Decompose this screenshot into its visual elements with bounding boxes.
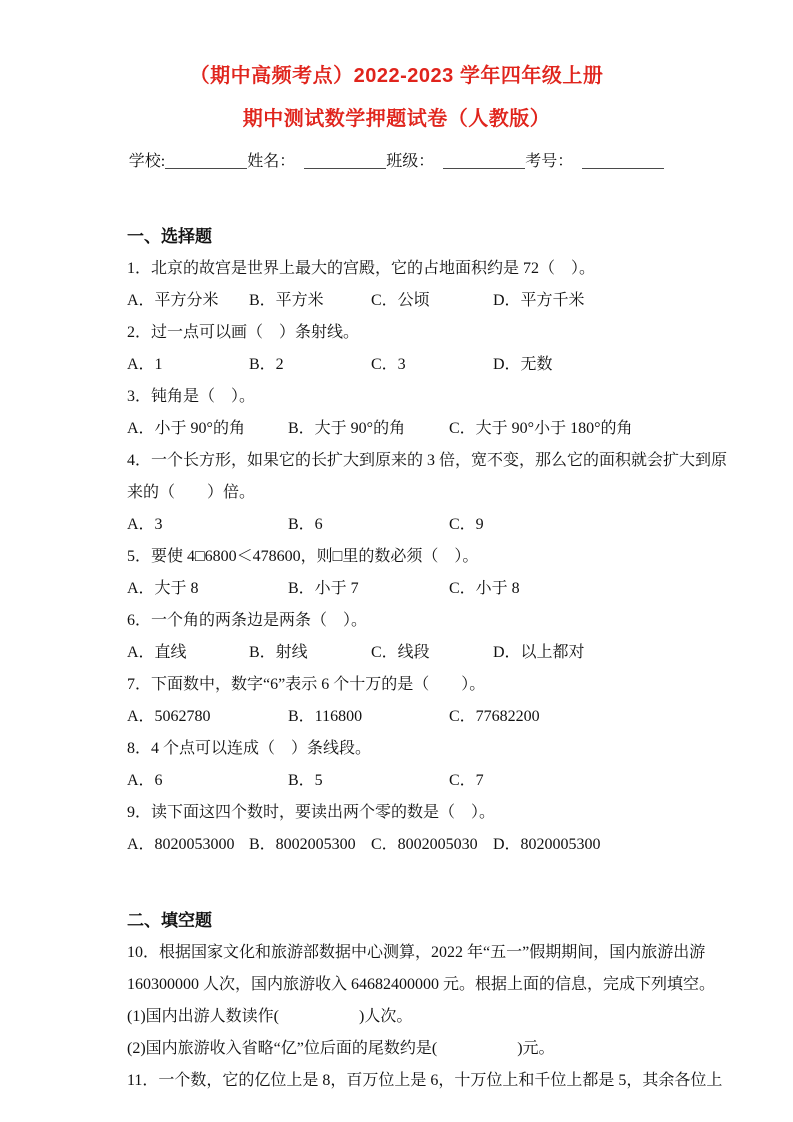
option: A．直线 [127, 637, 249, 669]
question-line: 4．一个长方形，如果它的长扩大到原来的 3 倍，宽不变，那么它的面积就会扩大到原 [127, 445, 693, 477]
question: 6．一个角的两条边是两条（ ）。A．直线B．射线C．线段D．以上都对 [127, 605, 693, 669]
school-label: 学校: [129, 153, 165, 170]
option: C．7 [449, 765, 484, 797]
option: D．无数 [493, 349, 553, 381]
paper-title-line1: （期中高频考点）2022-2023 学年四年级上册 [0, 60, 793, 92]
option: C．线段 [371, 637, 493, 669]
student-name-blank [304, 154, 386, 169]
paper-title-line2: 期中测试数学押题试卷（人教版） [0, 103, 793, 135]
option: C．3 [371, 349, 493, 381]
options-row: A．5062780B．116800C．77682200 [127, 701, 693, 733]
option: B．116800 [288, 701, 449, 733]
option: A．1 [127, 349, 249, 381]
option: A．3 [127, 509, 288, 541]
question: 3．钝角是（ ）。A．小于 90°的角B．大于 90°的角C．大于 90°小于 … [127, 381, 693, 445]
option: B．2 [249, 349, 371, 381]
option: C．8002005030 [371, 829, 493, 861]
option: B．平方米 [249, 285, 371, 317]
question: 10．根据国家文化和旅游部数据中心测算，2022 年“五一”假期期间，国内旅游出… [127, 937, 693, 1065]
options-row: A．大于 8B．小于 7C．小于 8 [127, 573, 693, 605]
question-line: 160300000 人次，国内旅游收入 64682400000 元。根据上面的信… [127, 969, 693, 1001]
option: B．大于 90°的角 [288, 413, 449, 445]
option: B．射线 [249, 637, 371, 669]
question-line: 6．一个角的两条边是两条（ ）。 [127, 605, 693, 637]
option: C．大于 90°小于 180°的角 [449, 413, 632, 445]
question-line: (2)国内旅游收入省略“亿”位后面的尾数约是( )元。 [127, 1033, 693, 1065]
options-row: A．3B．6C．9 [127, 509, 693, 541]
option: A．大于 8 [127, 573, 288, 605]
section-1: 一、选择题1．北京的故宫是世界上最大的宫殿，它的占地面积约是 72（ ）。A．平… [127, 221, 693, 861]
options-row: A．6B．5C．7 [127, 765, 693, 797]
class-blank [443, 154, 525, 169]
section-heading: 一、选择题 [127, 221, 693, 253]
question-line: 11．一个数，它的亿位上是 8，百万位上是 6，十万位上和千位上都是 5，其余各… [127, 1065, 693, 1097]
section-2: 二、填空题10．根据国家文化和旅游部数据中心测算，2022 年“五一”假期期间，… [127, 905, 693, 1097]
option: D．平方千米 [493, 285, 585, 317]
option: B．8002005300 [249, 829, 371, 861]
question-line: 7．下面数中，数字“6”表示 6 个十万的是（ ）。 [127, 669, 693, 701]
question: 4．一个长方形，如果它的长扩大到原来的 3 倍，宽不变，那么它的面积就会扩大到原… [127, 445, 693, 541]
question-line: 来的（ ）倍。 [127, 477, 693, 509]
question: 7．下面数中，数字“6”表示 6 个十万的是（ ）。A．5062780B．116… [127, 669, 693, 733]
question: 5．要使 4□6800＜478600，则□里的数必须（ ）。A．大于 8B．小于… [127, 541, 693, 605]
question-line: 2．过一点可以画（ ）条射线。 [127, 317, 693, 349]
options-row: A．小于 90°的角B．大于 90°的角C．大于 90°小于 180°的角 [127, 413, 693, 445]
question: 8．4 个点可以连成（ ）条线段。A．6B．5C．7 [127, 733, 693, 797]
question-line: 8．4 个点可以连成（ ）条线段。 [127, 733, 693, 765]
exam-paper-page: （期中高频考点）2022-2023 学年四年级上册 期中测试数学押题试卷（人教版… [0, 0, 793, 1122]
option: A．小于 90°的角 [127, 413, 288, 445]
option: A．6 [127, 765, 288, 797]
option: A．8020053000 [127, 829, 249, 861]
option: D．8020005300 [493, 829, 601, 861]
question-line: 5．要使 4□6800＜478600，则□里的数必须（ ）。 [127, 541, 693, 573]
option: B．6 [288, 509, 449, 541]
question-line: 10．根据国家文化和旅游部数据中心测算，2022 年“五一”假期期间，国内旅游出… [127, 937, 693, 969]
option: C．9 [449, 509, 484, 541]
options-row: A．直线B．射线C．线段D．以上都对 [127, 637, 693, 669]
options-row: A．平方分米B．平方米C．公顷D．平方千米 [127, 285, 693, 317]
section-heading: 二、填空题 [127, 905, 693, 937]
option: C．77682200 [449, 701, 540, 733]
question: 11．一个数，它的亿位上是 8，百万位上是 6，十万位上和千位上都是 5，其余各… [127, 1065, 693, 1097]
class-label: 班级： [386, 153, 434, 170]
option: B．小于 7 [288, 573, 449, 605]
option: C．小于 8 [449, 573, 520, 605]
option: D．以上都对 [493, 637, 585, 669]
option: C．公顷 [371, 285, 493, 317]
question-line: (1)国内出游人数读作( )人次。 [127, 1001, 693, 1033]
question-line: 9．读下面这四个数时，要读出两个零的数是（ ）。 [127, 797, 693, 829]
student-name-label: 姓名： [247, 153, 295, 170]
question-line: 3．钝角是（ ）。 [127, 381, 693, 413]
option: A．5062780 [127, 701, 288, 733]
exam-number-label: 考号： [525, 153, 573, 170]
paper-body: 一、选择题1．北京的故宫是世界上最大的宫殿，它的占地面积约是 72（ ）。A．平… [0, 221, 793, 1097]
exam-number-blank [582, 154, 664, 169]
question-line: 1．北京的故宫是世界上最大的宫殿，它的占地面积约是 72（ ）。 [127, 253, 693, 285]
options-row: A．8020053000B．8002005300C．8002005030D．80… [127, 829, 693, 861]
options-row: A．1B．2C．3D．无数 [127, 349, 693, 381]
question: 2．过一点可以画（ ）条射线。A．1B．2C．3D．无数 [127, 317, 693, 381]
option: A．平方分米 [127, 285, 249, 317]
school-blank [165, 154, 247, 169]
student-info-row: 学校:姓名：班级：考号： [0, 147, 793, 177]
question: 1．北京的故宫是世界上最大的宫殿，它的占地面积约是 72（ ）。A．平方分米B．… [127, 253, 693, 317]
option: B．5 [288, 765, 449, 797]
question: 9．读下面这四个数时，要读出两个零的数是（ ）。A．8020053000B．80… [127, 797, 693, 861]
